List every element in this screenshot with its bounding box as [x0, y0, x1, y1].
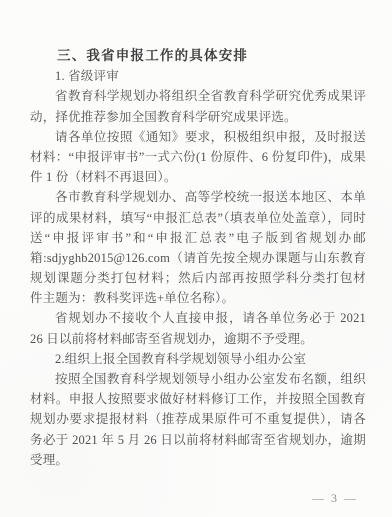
text-line: 件主题为：教科奖评选+单位名称）。: [30, 288, 366, 308]
text-line: 材料：“申报评审书”一式六份(1 份原件、6 份复印件)，成果原: [30, 147, 366, 167]
page-number: — 3 —: [312, 491, 358, 506]
text-line: 省教育科学规划办将组织全省教育科学研究优秀成果评选活: [30, 86, 366, 106]
text-line: 各市教育科学规划办、高等学校统一报送本地区、本单位参: [30, 187, 366, 207]
text-line: 1. 省级评审: [30, 66, 366, 86]
text-line: 送“申报评审书”和“申报汇总表”电子版到省规划办邮: [30, 228, 366, 248]
text-line: 件 1 份（材料不再退回）。: [30, 167, 366, 187]
text-line: 箱:sdjyghb2015@126.com（请首先按全规办课题与山东教育科学: [30, 248, 366, 268]
text-line: 动，择优推荐参加全国教育科学研究成果评选。: [30, 107, 366, 127]
text-line: 受理。: [30, 450, 366, 470]
text-block: 三、我省申报工作的具体安排1. 省级评审省教育科学规划办将组织全省教育科学研究优…: [30, 46, 366, 470]
text-line: 评的成果材料，填写“申报汇总表”（填表单位处盖章），同时发: [30, 208, 366, 228]
text-line: 按照全国教育科学规划领导小组办公室发布名额，组织上报: [30, 369, 366, 389]
document-page: 三、我省申报工作的具体安排1. 省级评审省教育科学规划办将组织全省教育科学研究优…: [0, 0, 392, 517]
text-line: 材料。申报人按照要求做好材料修订工作，并按照全国教育科学: [30, 389, 366, 409]
text-line: 务必于 2021 年 5 月 26 日以前将材料邮寄至省规划办，逾期不予: [30, 430, 366, 450]
text-line: 省规划办不接收个人直接申报，请各单位务必于 2021 年 4 月: [30, 308, 366, 328]
text-line: 2.组织上报全国教育科学规划领导小组办公室: [30, 349, 366, 369]
section-heading: 三、我省申报工作的具体安排: [30, 46, 366, 66]
text-line: 规划课题分类打包材料；然后内部再按照学科分类打包材料；邮: [30, 268, 366, 288]
text-line: 请各单位按照《通知》要求，积极组织申报，及时报送成果: [30, 127, 366, 147]
text-line: 26 日以前将材料邮寄至省规划办，逾期不予受理。: [30, 329, 366, 349]
text-line: 规划办要求提报材料（推荐成果原件可不重复提供），请各单位: [30, 409, 366, 429]
